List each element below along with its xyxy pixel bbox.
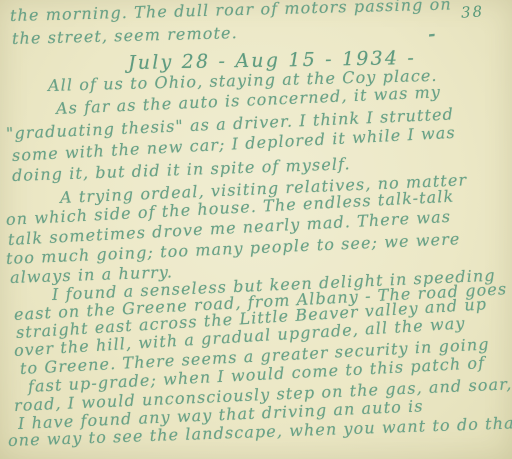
diary-page: the morning. The dull roar of motors pas… — [0, 0, 512, 459]
diary-line: the morning. The dull roar of motors pas… — [10, 0, 452, 25]
stray-dash-mark: - — [427, 24, 437, 46]
diary-line: the street, seem remote. — [12, 23, 238, 48]
page-number: 38 — [460, 2, 484, 22]
